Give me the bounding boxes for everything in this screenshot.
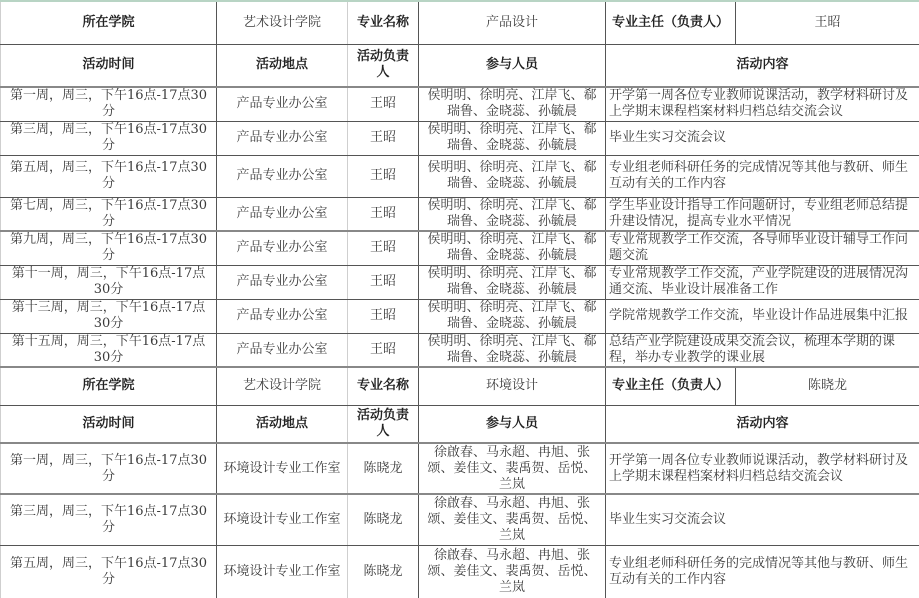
major-name-label: 专业名称 bbox=[348, 1, 419, 44]
time-cell: 第一周，周三，下午16点-17点30分 bbox=[1, 87, 217, 121]
content-header: 活动内容 bbox=[606, 405, 919, 443]
info-row: 所在学院 艺术设计学院 专业名称 环境设计 专业主任（负责人） 陈晓龙 bbox=[1, 367, 919, 405]
participants-header: 参与人员 bbox=[419, 44, 606, 87]
time-header: 活动时间 bbox=[1, 44, 217, 87]
participants-cell: 侯明明、徐明亮、江岸飞、郗瑞鲁、金晓蕊、孙毓晨 bbox=[419, 155, 606, 197]
location-cell: 环境设计专业工作室 bbox=[217, 443, 348, 494]
college-value: 艺术设计学院 bbox=[217, 1, 348, 44]
table-row: 第十五周，周三，下午16点-17点30分 产品专业办公室 王昭 侯明明、徐明亮、… bbox=[1, 333, 919, 367]
location-header: 活动地点 bbox=[217, 405, 348, 443]
content-cell: 毕业生实习交流会议 bbox=[606, 494, 919, 545]
leader-cell: 王昭 bbox=[348, 231, 419, 265]
location-cell: 环境设计专业工作室 bbox=[217, 545, 348, 598]
leader-cell: 陈晓龙 bbox=[348, 443, 419, 494]
table-row: 第一周，周三，下午16点-17点30分 产品专业办公室 王昭 侯明明、徐明亮、江… bbox=[1, 87, 919, 121]
leader-cell: 王昭 bbox=[348, 265, 419, 299]
content-cell: 学院常规教学工作交流，毕业设计作品进展集中汇报 bbox=[606, 299, 919, 333]
table-row: 第三周，周三，下午16点-17点30分 产品专业办公室 王昭 侯明明、徐明亮、江… bbox=[1, 121, 919, 155]
time-cell: 第十五周，周三，下午16点-17点30分 bbox=[1, 333, 217, 367]
content-cell: 专业组老师科研任务的完成情况等其他与教研、师生互动有关的工作内容 bbox=[606, 545, 919, 598]
time-cell: 第五周，周三，下午16点-17点30分 bbox=[1, 545, 217, 598]
time-cell: 第十一周，周三，下午16点-17点30分 bbox=[1, 265, 217, 299]
participants-cell: 侯明明、徐明亮、江岸飞、郗瑞鲁、金晓蕊、孙毓晨 bbox=[419, 197, 606, 231]
content-cell: 专业常规教学工作交流，产业学院建设的进展情况沟通交流、毕业设计展准备工作 bbox=[606, 265, 919, 299]
time-cell: 第一周，周三，下午16点-17点30分 bbox=[1, 443, 217, 494]
location-cell: 产品专业办公室 bbox=[217, 299, 348, 333]
leader-cell: 王昭 bbox=[348, 299, 419, 333]
leader-cell: 陈晓龙 bbox=[348, 545, 419, 598]
college-value: 艺术设计学院 bbox=[217, 367, 348, 405]
leader-cell: 王昭 bbox=[348, 121, 419, 155]
time-cell: 第七周，周三，下午16点-17点30分 bbox=[1, 197, 217, 231]
leader-cell: 王昭 bbox=[348, 155, 419, 197]
content-header: 活动内容 bbox=[606, 44, 919, 87]
time-cell: 第十三周，周三，下午16点-17点30分 bbox=[1, 299, 217, 333]
major-name-label: 专业名称 bbox=[348, 367, 419, 405]
college-label: 所在学院 bbox=[1, 1, 217, 44]
content-cell: 学生毕业设计指导工作问题研讨，专业组老师总结提升建设情况，提高专业水平情况 bbox=[606, 197, 919, 231]
leader-header: 活动负责人 bbox=[348, 405, 419, 443]
table-row: 第一周，周三，下午16点-17点30分 环境设计专业工作室 陈晓龙 徐啟春、马永… bbox=[1, 443, 919, 494]
header-row: 活动时间 活动地点 活动负责人 参与人员 活动内容 bbox=[1, 44, 919, 87]
leader-header: 活动负责人 bbox=[348, 44, 419, 87]
leader-cell: 陈晓龙 bbox=[348, 494, 419, 545]
participants-cell: 徐啟春、马永超、冉旭、张颂、姜佳文、裴禹贺、岳悦、兰岚 bbox=[419, 494, 606, 545]
location-cell: 产品专业办公室 bbox=[217, 121, 348, 155]
director-value: 陈晓龙 bbox=[736, 367, 919, 405]
participants-header: 参与人员 bbox=[419, 405, 606, 443]
leader-cell: 王昭 bbox=[348, 333, 419, 367]
leader-cell: 王昭 bbox=[348, 87, 419, 121]
time-cell: 第九周，周三，下午16点-17点30分 bbox=[1, 231, 217, 265]
content-cell: 专业组老师科研任务的完成情况等其他与教研、师生互动有关的工作内容 bbox=[606, 155, 919, 197]
table-row: 第十一周，周三，下午16点-17点30分 产品专业办公室 王昭 侯明明、徐明亮、… bbox=[1, 265, 919, 299]
content-cell: 专业常规教学工作交流，各导师毕业设计辅导工作问题交流 bbox=[606, 231, 919, 265]
director-value: 王昭 bbox=[736, 1, 919, 44]
participants-cell: 侯明明、徐明亮、江岸飞、郗瑞鲁、金晓蕊、孙毓晨 bbox=[419, 333, 606, 367]
table-row: 第十三周，周三，下午16点-17点30分 产品专业办公室 王昭 侯明明、徐明亮、… bbox=[1, 299, 919, 333]
content-cell: 毕业生实习交流会议 bbox=[606, 121, 919, 155]
location-cell: 产品专业办公室 bbox=[217, 155, 348, 197]
college-label: 所在学院 bbox=[1, 367, 217, 405]
participants-cell: 徐啟春、马永超、冉旭、张颂、姜佳文、裴禹贺、岳悦、兰岚 bbox=[419, 443, 606, 494]
content-cell: 总结产业学院建设成果交流会议，梳理本学期的课程，举办专业教学的课业展 bbox=[606, 333, 919, 367]
schedule-table-product-design: 所在学院 艺术设计学院 专业名称 产品设计 专业主任（负责人） 王昭 活动时间 … bbox=[0, 0, 919, 368]
director-label: 专业主任（负责人） bbox=[606, 1, 736, 44]
header-row: 活动时间 活动地点 活动负责人 参与人员 活动内容 bbox=[1, 405, 919, 443]
leader-cell: 王昭 bbox=[348, 197, 419, 231]
time-cell: 第三周，周三，下午16点-17点30分 bbox=[1, 121, 217, 155]
table-row: 第五周，周三，下午16点-17点30分 环境设计专业工作室 陈晓龙 徐啟春、马永… bbox=[1, 545, 919, 598]
participants-cell: 侯明明、徐明亮、江岸飞、郗瑞鲁、金晓蕊、孙毓晨 bbox=[419, 87, 606, 121]
table-row: 第三周，周三，下午16点-17点30分 环境设计专业工作室 陈晓龙 徐啟春、马永… bbox=[1, 494, 919, 545]
table-row: 第五周，周三，下午16点-17点30分 产品专业办公室 王昭 侯明明、徐明亮、江… bbox=[1, 155, 919, 197]
director-label: 专业主任（负责人） bbox=[606, 367, 736, 405]
participants-cell: 侯明明、徐明亮、江岸飞、郗瑞鲁、金晓蕊、孙毓晨 bbox=[419, 231, 606, 265]
time-cell: 第五周，周三，下午16点-17点30分 bbox=[1, 155, 217, 197]
participants-cell: 侯明明、徐明亮、江岸飞、郗瑞鲁、金晓蕊、孙毓晨 bbox=[419, 299, 606, 333]
location-cell: 产品专业办公室 bbox=[217, 87, 348, 121]
content-cell: 开学第一周各位专业教师说课活动，教学材料研讨及上学期末课程档案材料归档总结交流会… bbox=[606, 443, 919, 494]
participants-cell: 徐啟春、马永超、冉旭、张颂、姜佳文、裴禹贺、岳悦、兰岚 bbox=[419, 545, 606, 598]
time-header: 活动时间 bbox=[1, 405, 217, 443]
location-cell: 环境设计专业工作室 bbox=[217, 494, 348, 545]
location-cell: 产品专业办公室 bbox=[217, 197, 348, 231]
info-row: 所在学院 艺术设计学院 专业名称 产品设计 专业主任（负责人） 王昭 bbox=[1, 1, 919, 44]
major-name-value: 环境设计 bbox=[419, 367, 606, 405]
participants-cell: 侯明明、徐明亮、江岸飞、郗瑞鲁、金晓蕊、孙毓晨 bbox=[419, 121, 606, 155]
table-row: 第九周，周三，下午16点-17点30分 产品专业办公室 王昭 侯明明、徐明亮、江… bbox=[1, 231, 919, 265]
table-row: 第七周，周三，下午16点-17点30分 产品专业办公室 王昭 侯明明、徐明亮、江… bbox=[1, 197, 919, 231]
location-cell: 产品专业办公室 bbox=[217, 265, 348, 299]
time-cell: 第三周，周三，下午16点-17点30分 bbox=[1, 494, 217, 545]
major-name-value: 产品设计 bbox=[419, 1, 606, 44]
participants-cell: 侯明明、徐明亮、江岸飞、郗瑞鲁、金晓蕊、孙毓晨 bbox=[419, 265, 606, 299]
content-cell: 开学第一周各位专业教师说课活动，教学材料研讨及上学期末课程档案材料归档总结交流会… bbox=[606, 87, 919, 121]
location-cell: 产品专业办公室 bbox=[217, 333, 348, 367]
location-header: 活动地点 bbox=[217, 44, 348, 87]
location-cell: 产品专业办公室 bbox=[217, 231, 348, 265]
schedule-table-environment-design: 所在学院 艺术设计学院 专业名称 环境设计 专业主任（负责人） 陈晓龙 活动时间… bbox=[0, 366, 919, 598]
